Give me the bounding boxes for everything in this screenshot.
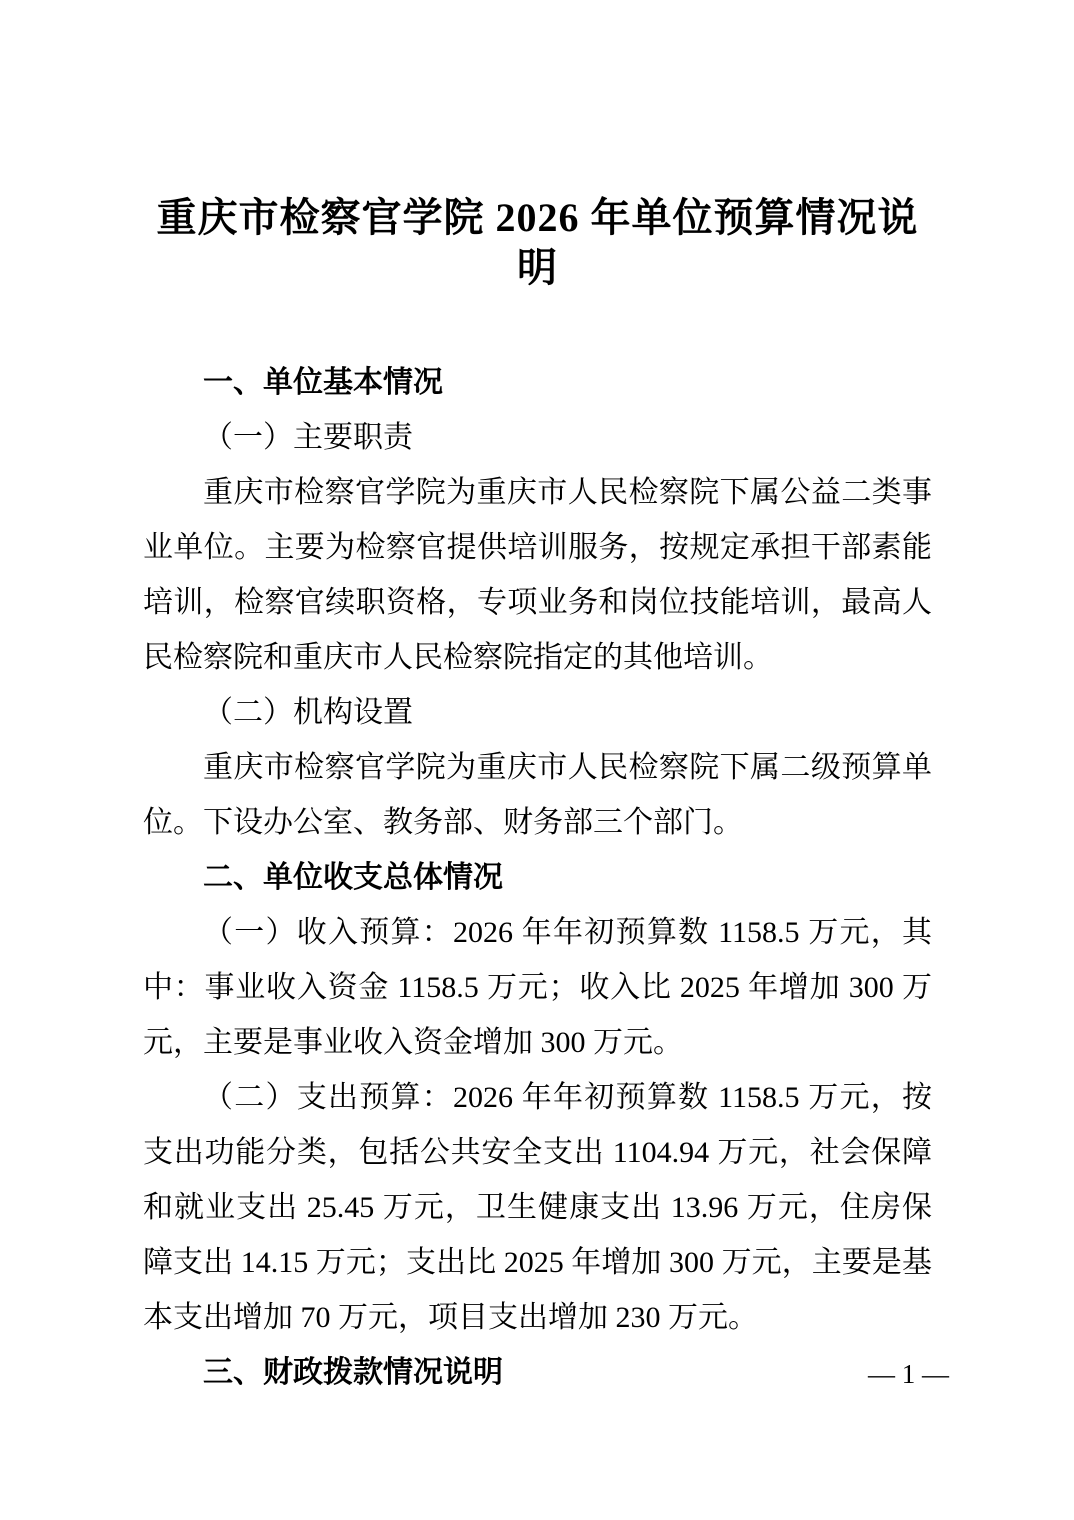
section-heading: （二）机构设置: [143, 685, 932, 740]
section-heading: 三、财政拨款情况说明: [143, 1345, 932, 1400]
paragraph: 重庆市检察官学院为重庆市人民检察院下属二级预算单位。下设办公室、教务部、财务部三…: [143, 740, 932, 850]
document-body: 一、单位基本情况（一）主要职责重庆市检察官学院为重庆市人民检察院下属公益二类事业…: [143, 355, 932, 1400]
page-number: — 1 —: [868, 1358, 949, 1390]
document-page: 重庆市检察官学院 2026 年单位预算情况说明 一、单位基本情况（一）主要职责重…: [0, 0, 1074, 1520]
document-title: 重庆市检察官学院 2026 年单位预算情况说明: [143, 193, 932, 293]
section-heading: （一）主要职责: [143, 410, 932, 465]
paragraph: 重庆市检察官学院为重庆市人民检察院下属公益二类事业单位。主要为检察官提供培训服务…: [143, 465, 932, 685]
section-heading: 一、单位基本情况: [143, 355, 932, 410]
paragraph: （二）支出预算：2026 年年初预算数 1158.5 万元，按支出功能分类，包括…: [143, 1070, 932, 1345]
section-heading: 二、单位收支总体情况: [143, 850, 932, 905]
paragraph: （一）收入预算：2026 年年初预算数 1158.5 万元，其中：事业收入资金 …: [143, 905, 932, 1070]
